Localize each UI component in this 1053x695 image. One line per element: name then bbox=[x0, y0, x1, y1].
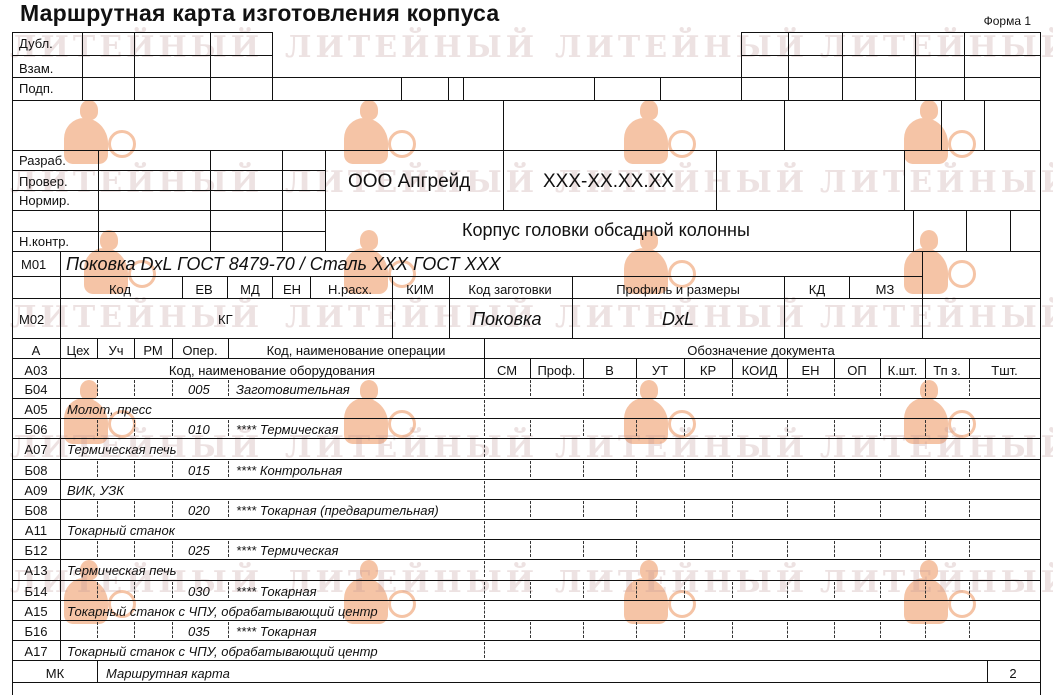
footer-code: МК bbox=[46, 667, 64, 680]
dashed-divider bbox=[97, 501, 98, 517]
grid-line bbox=[716, 150, 717, 210]
grid-line bbox=[12, 210, 325, 211]
grid-line bbox=[12, 398, 1040, 399]
dashed-divider bbox=[172, 582, 173, 598]
equipment-name: Токарный станок с ЧПУ, обрабатывающий це… bbox=[67, 645, 378, 658]
th-doc-col: Тшт. bbox=[991, 364, 1018, 377]
equipment-name: Токарный станок с ЧПУ, обрабатывающий це… bbox=[67, 605, 378, 618]
grid-line bbox=[282, 150, 283, 251]
dashed-divider bbox=[134, 420, 135, 436]
dashed-divider bbox=[583, 380, 584, 396]
route-card-form: Маршрутная карта изготовления корпуса Фо… bbox=[0, 0, 1053, 695]
dashed-divider bbox=[880, 541, 881, 557]
dashed-divider bbox=[97, 622, 98, 638]
grid-line bbox=[12, 640, 1040, 641]
grid-line bbox=[12, 660, 1040, 661]
operation-number: 005 bbox=[188, 383, 210, 396]
th-workplace: РМ bbox=[143, 344, 162, 357]
grid-line bbox=[12, 580, 1040, 581]
dashed-divider bbox=[732, 541, 733, 557]
grid-line bbox=[12, 539, 1040, 540]
grid-line bbox=[12, 190, 325, 191]
dashed-divider bbox=[787, 582, 788, 598]
operation-name: **** Термическая bbox=[236, 423, 338, 436]
grid-line bbox=[732, 358, 733, 378]
grid-line bbox=[984, 100, 985, 150]
dashed-divider bbox=[880, 582, 881, 598]
grid-line bbox=[1040, 32, 1041, 695]
dashed-divider bbox=[925, 541, 926, 557]
grid-line bbox=[915, 32, 916, 100]
operation-number: 015 bbox=[188, 464, 210, 477]
dashed-divider bbox=[172, 461, 173, 477]
grid-line bbox=[966, 210, 967, 251]
hdr-mz: МЗ bbox=[876, 283, 895, 296]
dashed-divider bbox=[228, 380, 229, 396]
m01-material: Поковка DxL ГОСТ 8479-70 / Сталь XXX ГОС… bbox=[66, 255, 501, 273]
dashed-divider bbox=[484, 561, 485, 577]
dashed-divider bbox=[228, 541, 229, 557]
grid-line bbox=[449, 276, 450, 338]
document-designation: XXX-XX.XX.XX bbox=[543, 172, 674, 191]
operation-number: 020 bbox=[188, 504, 210, 517]
grid-line bbox=[834, 358, 835, 378]
dashed-divider bbox=[583, 501, 584, 517]
row-code: Б16 bbox=[25, 625, 48, 638]
dashed-divider bbox=[134, 380, 135, 396]
dashed-divider bbox=[228, 622, 229, 638]
grid-line bbox=[12, 251, 1040, 252]
row-code: А17 bbox=[24, 645, 47, 658]
dashed-divider bbox=[172, 541, 173, 557]
dashed-divider bbox=[732, 420, 733, 436]
grid-line bbox=[741, 55, 1040, 56]
grid-line bbox=[636, 358, 637, 378]
grid-line bbox=[227, 276, 228, 298]
grid-line bbox=[913, 210, 914, 251]
dashed-divider bbox=[969, 380, 970, 396]
dashed-divider bbox=[834, 380, 835, 396]
grid-line bbox=[12, 358, 1040, 359]
dashed-divider bbox=[732, 380, 733, 396]
dashed-divider bbox=[732, 622, 733, 638]
equipment-name: ВИК, УЗК bbox=[67, 484, 124, 497]
dashed-divider bbox=[787, 622, 788, 638]
form-label: Форма 1 bbox=[984, 14, 1031, 28]
operation-name: **** Токарная bbox=[236, 625, 317, 638]
dashed-divider bbox=[834, 501, 835, 517]
dashed-divider bbox=[834, 420, 835, 436]
dashed-divider bbox=[925, 380, 926, 396]
grid-line bbox=[594, 77, 595, 100]
dashed-divider bbox=[969, 461, 970, 477]
equipment-name: Молот, пресс bbox=[67, 403, 152, 416]
th-doc-col: Тп з. bbox=[933, 364, 961, 377]
grid-line bbox=[484, 338, 485, 378]
hdr-kd: КД bbox=[809, 283, 825, 296]
dashed-divider bbox=[880, 420, 881, 436]
row-code: А09 bbox=[24, 484, 47, 497]
dashed-divider bbox=[172, 501, 173, 517]
dashed-divider bbox=[880, 622, 881, 638]
row-code: Б08 bbox=[25, 464, 48, 477]
operation-name: Заготовительная bbox=[236, 383, 350, 396]
grid-line bbox=[12, 620, 1040, 621]
dashed-divider bbox=[787, 541, 788, 557]
dashed-divider bbox=[636, 501, 637, 517]
grid-line bbox=[12, 100, 1040, 101]
grid-line bbox=[98, 150, 99, 251]
grid-line bbox=[741, 32, 1040, 33]
dashed-divider bbox=[732, 582, 733, 598]
dashed-divider bbox=[583, 582, 584, 598]
operation-name: **** Термическая bbox=[236, 544, 338, 557]
grid-line bbox=[12, 338, 1040, 339]
grid-line bbox=[12, 276, 922, 277]
grid-line bbox=[987, 660, 988, 682]
dashed-divider bbox=[172, 622, 173, 638]
grid-line bbox=[12, 600, 1040, 601]
grid-line bbox=[583, 358, 584, 378]
row-code: А13 bbox=[24, 564, 47, 577]
page-number: 2 bbox=[1009, 667, 1016, 680]
operation-name: **** Токарная bbox=[236, 585, 317, 598]
dashed-divider bbox=[97, 541, 98, 557]
dashed-divider bbox=[484, 501, 485, 517]
dashed-divider bbox=[925, 420, 926, 436]
grid-line bbox=[842, 32, 843, 100]
th-doc: Обозначение документа bbox=[687, 344, 834, 357]
th-shop: Цех bbox=[66, 344, 89, 357]
m01-code: М01 bbox=[21, 258, 46, 271]
hdr-md: МД bbox=[240, 283, 260, 296]
th-doc-col: КР bbox=[700, 364, 716, 377]
grid-line bbox=[97, 338, 98, 358]
organization-name: ООО Апгрейд bbox=[348, 172, 470, 191]
dashed-divider bbox=[834, 622, 835, 638]
dashed-divider bbox=[880, 501, 881, 517]
dashed-divider bbox=[484, 642, 485, 658]
grid-line bbox=[12, 438, 1040, 439]
grid-line bbox=[12, 459, 1040, 460]
dashed-divider bbox=[834, 582, 835, 598]
dashed-divider bbox=[228, 461, 229, 477]
grid-line bbox=[12, 519, 1040, 520]
equipment-name: Термическая печь bbox=[67, 564, 176, 577]
grid-line bbox=[784, 276, 785, 338]
grid-line bbox=[12, 32, 13, 100]
dashed-divider bbox=[530, 461, 531, 477]
dashed-divider bbox=[583, 622, 584, 638]
grid-line bbox=[12, 150, 1040, 151]
th-a03: А03 bbox=[24, 364, 47, 377]
th-doc-col: Проф. bbox=[537, 364, 575, 377]
dashed-divider bbox=[97, 582, 98, 598]
dashed-divider bbox=[969, 622, 970, 638]
th-doc-col: ОП bbox=[847, 364, 866, 377]
label-vzam: Взам. bbox=[19, 62, 53, 75]
th-doc-col: СМ bbox=[497, 364, 517, 377]
label-podp: Подп. bbox=[19, 82, 54, 95]
m02-profile: DxL bbox=[662, 310, 694, 328]
th-section: Уч bbox=[108, 344, 123, 357]
dashed-divider bbox=[172, 420, 173, 436]
dashed-divider bbox=[636, 420, 637, 436]
equipment-name: Термическая печь bbox=[67, 443, 176, 456]
grid-line bbox=[925, 358, 926, 378]
row-code: Б04 bbox=[25, 383, 48, 396]
dashed-divider bbox=[684, 461, 685, 477]
grid-line bbox=[684, 358, 685, 378]
dashed-divider bbox=[636, 380, 637, 396]
grid-line bbox=[12, 55, 272, 56]
grid-line bbox=[12, 32, 272, 33]
dashed-divider bbox=[228, 501, 229, 517]
dashed-divider bbox=[484, 461, 485, 477]
grid-line bbox=[310, 276, 311, 298]
grid-line bbox=[272, 32, 273, 100]
label-prover: Провер. bbox=[19, 175, 68, 188]
grid-line bbox=[392, 276, 393, 338]
dashed-divider bbox=[925, 622, 926, 638]
dashed-divider bbox=[969, 420, 970, 436]
dashed-divider bbox=[484, 541, 485, 557]
dashed-divider bbox=[925, 461, 926, 477]
grid-line bbox=[182, 276, 183, 298]
dashed-divider bbox=[97, 461, 98, 477]
dashed-divider bbox=[684, 622, 685, 638]
dashed-divider bbox=[134, 582, 135, 598]
hdr-ev: ЕВ bbox=[195, 283, 212, 296]
row-code: Б06 bbox=[25, 423, 48, 436]
part-name: Корпус головки обсадной колонны bbox=[462, 221, 750, 239]
grid-line bbox=[503, 150, 504, 210]
dashed-divider bbox=[732, 501, 733, 517]
dashed-divider bbox=[583, 541, 584, 557]
dashed-divider bbox=[228, 582, 229, 598]
dashed-divider bbox=[134, 622, 135, 638]
dashed-divider bbox=[969, 541, 970, 557]
grid-line bbox=[228, 338, 229, 358]
grid-line bbox=[210, 32, 211, 100]
label-normir: Нормир. bbox=[19, 194, 70, 207]
grid-line bbox=[964, 32, 965, 100]
m02-unit: КГ bbox=[218, 313, 233, 326]
dashed-divider bbox=[134, 461, 135, 477]
grid-line bbox=[134, 32, 135, 100]
grid-line bbox=[463, 77, 464, 100]
dashed-divider bbox=[787, 461, 788, 477]
dashed-divider bbox=[880, 380, 881, 396]
th-op-name: Код, наименование операции bbox=[267, 344, 446, 357]
grid-line bbox=[172, 338, 173, 358]
hdr-kod: Код bbox=[109, 283, 131, 296]
row-code: А15 bbox=[24, 605, 47, 618]
dashed-divider bbox=[484, 602, 485, 618]
page-title: Маршрутная карта изготовления корпуса bbox=[20, 0, 499, 27]
operation-name: **** Токарная (предварительная) bbox=[236, 504, 439, 517]
grid-line bbox=[941, 100, 942, 150]
dashed-divider bbox=[636, 582, 637, 598]
grid-line bbox=[922, 251, 923, 338]
dashed-divider bbox=[484, 582, 485, 598]
th-equipment: Код, наименование оборудования bbox=[169, 364, 375, 377]
dashed-divider bbox=[880, 461, 881, 477]
dashed-divider bbox=[684, 501, 685, 517]
row-code: Б12 bbox=[25, 544, 48, 557]
hdr-kod-zag: Код заготовки bbox=[468, 283, 551, 296]
grid-line bbox=[503, 100, 504, 150]
grid-line bbox=[12, 231, 325, 232]
grid-line bbox=[530, 358, 531, 378]
grid-line bbox=[325, 210, 1040, 211]
dashed-divider bbox=[684, 420, 685, 436]
grid-line bbox=[788, 32, 789, 100]
dashed-divider bbox=[530, 622, 531, 638]
grid-line bbox=[134, 338, 135, 358]
dashed-divider bbox=[484, 440, 485, 456]
row-code: Б08 bbox=[25, 504, 48, 517]
dashed-divider bbox=[530, 582, 531, 598]
grid-line bbox=[448, 77, 449, 100]
operation-number: 030 bbox=[188, 585, 210, 598]
row-code: А07 bbox=[24, 443, 47, 456]
dashed-divider bbox=[530, 420, 531, 436]
dashed-divider bbox=[684, 380, 685, 396]
label-dubl: Дубл. bbox=[19, 37, 53, 50]
dashed-divider bbox=[484, 622, 485, 638]
grid-line bbox=[1010, 210, 1011, 251]
footer-text: Маршрутная карта bbox=[106, 667, 230, 680]
th-a: А bbox=[32, 344, 41, 357]
grid-line bbox=[210, 150, 211, 251]
th-doc-col: УТ bbox=[652, 364, 668, 377]
dashed-divider bbox=[834, 461, 835, 477]
dashed-divider bbox=[684, 541, 685, 557]
hdr-nrash: Н.расх. bbox=[328, 283, 372, 296]
grid-line bbox=[12, 559, 1040, 560]
dashed-divider bbox=[484, 481, 485, 497]
grid-line bbox=[880, 358, 881, 378]
dashed-divider bbox=[228, 420, 229, 436]
grid-line bbox=[572, 276, 573, 338]
grid-line bbox=[325, 150, 326, 251]
m02-code: М02 bbox=[19, 313, 44, 326]
grid-line bbox=[904, 150, 905, 210]
grid-line bbox=[787, 358, 788, 378]
dashed-divider bbox=[636, 541, 637, 557]
dashed-divider bbox=[969, 501, 970, 517]
dashed-divider bbox=[787, 420, 788, 436]
grid-line bbox=[12, 298, 1040, 299]
grid-line bbox=[784, 100, 785, 150]
label-nkontr: Н.контр. bbox=[19, 235, 69, 248]
dashed-divider bbox=[583, 461, 584, 477]
operation-number: 010 bbox=[188, 423, 210, 436]
dashed-divider bbox=[684, 582, 685, 598]
dashed-divider bbox=[484, 380, 485, 396]
equipment-name: Токарный станок bbox=[67, 524, 175, 537]
hdr-kim: КИМ bbox=[406, 283, 434, 296]
grid-line bbox=[12, 378, 1040, 379]
dashed-divider bbox=[925, 582, 926, 598]
dashed-divider bbox=[134, 501, 135, 517]
dashed-divider bbox=[530, 541, 531, 557]
dashed-divider bbox=[636, 461, 637, 477]
operation-number: 035 bbox=[188, 625, 210, 638]
grid-line bbox=[660, 77, 661, 100]
dashed-divider bbox=[97, 380, 98, 396]
th-doc-col: КОИД bbox=[742, 364, 778, 377]
row-code: А11 bbox=[25, 524, 47, 537]
dashed-divider bbox=[530, 380, 531, 396]
label-razrab: Разраб. bbox=[19, 154, 66, 167]
operation-number: 025 bbox=[188, 544, 210, 557]
dashed-divider bbox=[172, 380, 173, 396]
dashed-divider bbox=[484, 400, 485, 416]
grid-line bbox=[12, 418, 1040, 419]
row-code: А05 bbox=[24, 403, 47, 416]
grid-line bbox=[12, 479, 1040, 480]
grid-line bbox=[12, 77, 1040, 78]
grid-line bbox=[12, 170, 325, 171]
grid-line bbox=[12, 682, 1040, 683]
dashed-divider bbox=[97, 420, 98, 436]
dashed-divider bbox=[787, 501, 788, 517]
m02-blank-code: Поковка bbox=[472, 310, 541, 328]
grid-line bbox=[401, 77, 402, 100]
dashed-divider bbox=[636, 622, 637, 638]
operation-name: **** Контрольная bbox=[236, 464, 342, 477]
th-doc-col: В bbox=[605, 364, 614, 377]
dashed-divider bbox=[969, 582, 970, 598]
dashed-divider bbox=[530, 501, 531, 517]
th-doc-col: К.шт. bbox=[888, 364, 918, 377]
grid-line bbox=[272, 276, 273, 298]
th-operation: Опер. bbox=[182, 344, 217, 357]
dashed-divider bbox=[925, 501, 926, 517]
grid-line bbox=[82, 32, 83, 100]
grid-line bbox=[60, 251, 61, 338]
dashed-divider bbox=[787, 380, 788, 396]
dashed-divider bbox=[484, 521, 485, 537]
grid-line bbox=[741, 32, 742, 100]
grid-line bbox=[969, 358, 970, 378]
hdr-en: ЕН bbox=[283, 283, 301, 296]
row-code: Б14 bbox=[25, 585, 48, 598]
grid-line bbox=[849, 276, 850, 298]
dashed-divider bbox=[484, 420, 485, 436]
dashed-divider bbox=[834, 541, 835, 557]
th-doc-col: ЕН bbox=[801, 364, 819, 377]
grid-line bbox=[12, 499, 1040, 500]
grid-line bbox=[97, 660, 98, 682]
dashed-divider bbox=[583, 420, 584, 436]
dashed-divider bbox=[134, 541, 135, 557]
hdr-profile: Профиль и размеры bbox=[616, 283, 740, 296]
dashed-divider bbox=[732, 461, 733, 477]
